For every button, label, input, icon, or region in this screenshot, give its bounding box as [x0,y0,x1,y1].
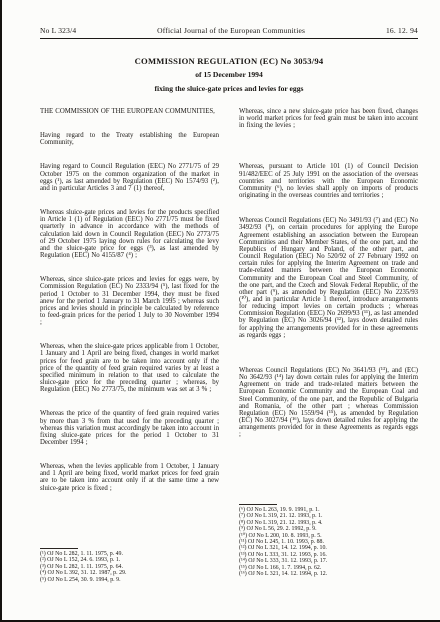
journal-title: Official Journal of the European Communi… [157,26,305,35]
body-paragraph: Whereas, pursuant to Article 101 (1) of … [239,163,418,199]
body-paragraph: Whereas, when the sluice-gate prices app… [40,343,219,393]
regulation-title: COMMISSION REGULATION (EC) No 3053/94 [40,56,418,66]
right-footnotes: (⁶) OJ No L 263, 19. 9. 1991, p. 1.(⁷) O… [239,504,418,577]
regulation-title-block: COMMISSION REGULATION (EC) No 3053/94 of… [40,56,418,93]
body-paragraph: Whereas the price of the quantity of fee… [40,410,219,446]
body-paragraph: Whereas Council Regulations (EC) No 3491… [239,217,418,339]
body-paragraph: Whereas, since a new sluice-gate price h… [239,108,418,129]
footnote: (¹⁶) OJ No L 321, 14. 12. 1994, p. 12. [239,571,418,577]
body-paragraph: Whereas Council Regulations (EC) No 3641… [239,367,418,439]
footnote-rule [239,504,277,505]
left-footnotes: (¹) OJ No L 282, 1. 11. 1975, p. 49.(²) … [40,548,219,583]
body-paragraph: THE COMMISSION OF THE EUROPEAN COMMUNITI… [40,108,219,115]
regulation-subject-line: fixing the sluice-gate prices and levies… [40,84,418,93]
left-column-paragraphs: THE COMMISSION OF THE EUROPEAN COMMUNITI… [40,108,219,492]
right-column: Whereas, since a new sluice-gate price h… [239,108,418,616]
right-column-paragraphs: Whereas, since a new sluice-gate price h… [239,108,418,438]
left-column: THE COMMISSION OF THE EUROPEAN COMMUNITI… [40,108,219,616]
body-paragraph: Whereas sluice-gate prices and levies fo… [40,209,219,259]
body-paragraph: Whereas, when the levies applicable from… [40,463,219,492]
right-footnote-list: (⁶) OJ No L 263, 19. 9. 1991, p. 1.(⁷) O… [239,507,418,577]
footnote-rule [40,548,78,549]
two-column-body: THE COMMISSION OF THE EUROPEAN COMMUNITI… [40,108,418,616]
journal-page: No L 323/4 Official Journal of the Europ… [0,0,440,622]
body-paragraph: Whereas, since sluice-gate prices and le… [40,276,219,326]
body-paragraph: Having regard to the Treaty establishing… [40,132,219,146]
issue-number: No L 323/4 [40,26,76,35]
running-head: No L 323/4 Official Journal of the Europ… [40,26,418,35]
header-rule [40,38,418,39]
body-paragraph: Having regard to Council Regulation (EEC… [40,163,219,192]
left-footnote-list: (¹) OJ No L 282, 1. 11. 1975, p. 49.(²) … [40,551,219,583]
issue-date: 16. 12. 94 [386,26,418,35]
regulation-date-line: of 15 December 1994 [40,70,418,79]
footnote: (⁵) OJ No L 254, 30. 9. 1994, p. 9. [40,577,219,583]
